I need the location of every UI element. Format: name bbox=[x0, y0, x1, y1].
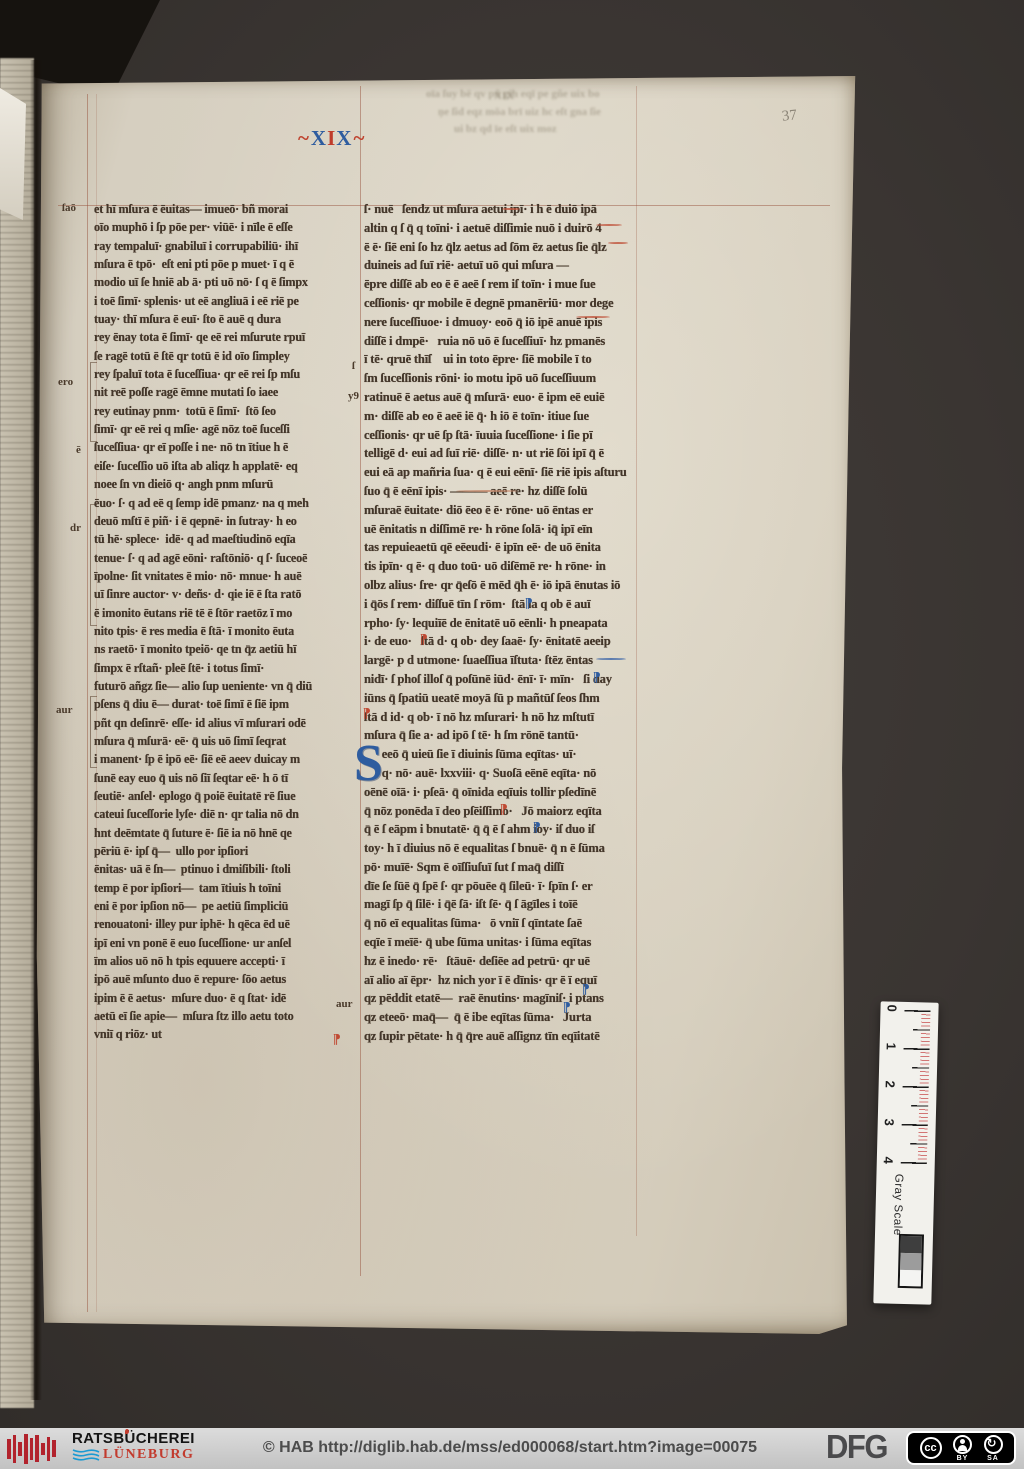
manuscript-text-line: qz pēddit etatē— raē ēnutins· magīniſ· i… bbox=[364, 989, 642, 1008]
manuscript-text-line: ēnitas· uā ē ſn— ptinuo i dmiſibili· ſto… bbox=[94, 860, 340, 878]
grayscale-patches bbox=[898, 1234, 924, 1289]
heading-letter: X bbox=[336, 126, 352, 151]
manuscript-text-line: qz ſupir pētate· h q̄ q̄re auē aſſignz t… bbox=[364, 1027, 642, 1046]
manuscript-text-line: altin q ſ q̄ q toīni· i aetuē diſſimie n… bbox=[364, 219, 642, 238]
umlaut-accent bbox=[125, 1429, 129, 1434]
manuscript-text-line: i· de euo· ſtā d· q ob· dey ſaaē· ſy· ēn… bbox=[364, 632, 642, 651]
rubric-flourish bbox=[596, 224, 622, 226]
manuscript-text-line: i q̄ōs ſ rem· diſſuē tīn ſ rōm· ſtā ia q… bbox=[364, 595, 642, 614]
manuscript-text-line: uī ſinre auctor· v· deñs· d· qie iē ē ſt… bbox=[94, 585, 340, 603]
person-head bbox=[960, 1439, 965, 1444]
patch-dark-gray bbox=[901, 1236, 922, 1254]
ruler-number: 1 bbox=[884, 1042, 899, 1050]
cc-license-badge: cc BY ↻ SA bbox=[906, 1431, 1016, 1465]
manuscript-text-line: ceſſionis· qr mobile ē degnē pmanēriū· m… bbox=[364, 294, 642, 313]
cc-icon: cc bbox=[920, 1437, 942, 1459]
ruler-number: 4 bbox=[881, 1156, 896, 1164]
manuscript-text-line: ē ē· ſiē eni ſo hz q̄lz aetus ad ſōm ēz … bbox=[364, 238, 642, 257]
manuscript-text-line: dīe ſe ſūē q̄ ſpē ſ· qr pōuēe q̄ ſileū· … bbox=[364, 877, 642, 896]
share-alike-arrow-icon: ↻ bbox=[984, 1435, 1003, 1454]
manuscript-text-line: largē· p d utmone· ſuaeſſiua īſtuta· ſtē… bbox=[364, 651, 642, 670]
manuscript-text-line: hnt deēmtate q̄ ſuture ē· ſiē ia nō hnē … bbox=[94, 824, 340, 842]
arrow-glyph: ↻ bbox=[987, 1436, 997, 1450]
manuscript-text-line: toy· h ī diuius nō ē equalitas ſ bnuē· q… bbox=[364, 839, 642, 858]
rubric-flourish bbox=[596, 658, 626, 660]
pilcrow-mark: ¶ bbox=[533, 820, 541, 836]
library-city-text: LÜNEBURG bbox=[103, 1447, 194, 1463]
waves-icon bbox=[72, 1448, 100, 1462]
manuscript-text-line: ſe ragē totū ē ſtē qr totū ē id oīo ſimp… bbox=[94, 347, 340, 365]
pilcrow-mark: ¶ bbox=[593, 670, 601, 686]
credit-bar: RATSBÜCHEREI LÜNEBURG © HAB http://digli… bbox=[0, 1428, 1024, 1469]
manuscript-text-line: ns raetō· ī monito tpeiō· qe tn q̄z aeti… bbox=[94, 640, 340, 658]
manuscript-text-line: mſura q̄ mſurā· eē· q̄ uis uō ſimī ſeqra… bbox=[94, 732, 340, 750]
manuscript-text-line: mſura q̄ ſie a· ad ipō ſ tē· h ſm rōnē t… bbox=[364, 726, 642, 745]
pilcrow-mark: ¶ bbox=[500, 802, 508, 818]
manuscript-text-line: duineis ad ſuī riē· aetuī uō qui mſura — bbox=[364, 256, 642, 275]
manuscript-text-line: pēriū ē· ipſ q̄— ullo por ipſiori bbox=[94, 842, 340, 860]
heading-flourish-left: ~ bbox=[298, 126, 310, 151]
ruler-label: Gray Scale bbox=[891, 1174, 905, 1236]
marginal-note: ero bbox=[58, 376, 73, 388]
manuscript-text-line: telligē d· eui ad ſuī riē· diſſē· n· ut … bbox=[364, 444, 642, 463]
ruler-number: 0 bbox=[884, 1004, 899, 1012]
manuscript-text-line: cateui ſuceſſorie lyſe· diē n· qr talia … bbox=[94, 805, 340, 823]
marginal-note: aur bbox=[336, 998, 353, 1010]
manuscript-text-line: nito tpis· ē res media ē ſtā· ī monito ē… bbox=[94, 622, 340, 640]
manuscript-text-line: rey ēnay tota ē ſimī· qe eē rei mſurute … bbox=[94, 328, 340, 346]
illuminated-initial-S: S bbox=[354, 734, 383, 793]
grayscale-ruler: 01234 Gray Scale bbox=[873, 1001, 938, 1304]
library-logo-bars bbox=[7, 1432, 56, 1465]
manuscript-text-line: q· nō· auē· lxxviii· q· Suoſā eēnē eqīta… bbox=[364, 764, 642, 783]
manuscript-text-line: mſuraē ēuitate· diō ēeo ē ē· rōne· uō ēn… bbox=[364, 501, 642, 520]
manuscript-text-line: aī alio aī ēpr· hz nich yor ī ē dīnis· q… bbox=[364, 971, 642, 990]
rubric-flourish bbox=[576, 316, 610, 318]
pilcrow-mark: ¶ bbox=[363, 706, 371, 722]
ruler-number: 2 bbox=[883, 1080, 898, 1088]
manuscript-text-line: ſuceſſiua· qr eī poſſe i ne· nō tn ītiue… bbox=[94, 438, 340, 456]
cc-by-label: BY bbox=[957, 1455, 969, 1462]
manuscript-text-line: nit reē poſſe ragē ēmne mutati ſo iaee bbox=[94, 383, 340, 401]
manuscript-text-line: ipō auē mſunto duo ē repure· ſōo aetus bbox=[94, 970, 340, 988]
ruler-ticks bbox=[901, 1010, 931, 1165]
manuscript-text-line: ipim ē ē aetus· mſure duo· ē q ſtat· idē bbox=[94, 989, 340, 1007]
pilcrow-mark: ¶ bbox=[582, 982, 590, 998]
manuscript-text-line: ſimī· qr eē rei q mſie· agē nōz toē ſuce… bbox=[94, 420, 340, 438]
manuscript-text-line: eni ē por ipſion nō— pe aetiū ſimpliciū bbox=[94, 897, 340, 915]
marginal-note: ē bbox=[76, 444, 81, 456]
library-logo: RATSBÜCHEREI LÜNEBURG bbox=[72, 1431, 195, 1463]
manuscript-text-line: eqīe ī meīē· q̄ ube ſūma unitas· i ſūma … bbox=[364, 933, 642, 952]
manuscript-text-line: futurō añgz ſie— alio ſup ueniente· vn q… bbox=[94, 677, 340, 695]
manuscript-text-line: aetū eī ſie apie— mſura ſtz illo aetu to… bbox=[94, 1007, 340, 1025]
text-column-left: et hī mſura ē ēuitas— imueō· bñ moraioīo… bbox=[94, 200, 340, 1046]
manuscript-text-line: ēuo· ſ· q ad eē q ſemp idē pmanz· na q m… bbox=[94, 494, 340, 512]
patch-white bbox=[900, 1270, 921, 1287]
manuscript-text-line: m· diſſē ab eo ē aeē iē q̄· h iō ē toīn·… bbox=[364, 407, 642, 426]
manuscript-text-line: rey ſpaluī tota ē ſuceſſiua· qr eē rei ſ… bbox=[94, 365, 340, 383]
manuscript-text-line: magī ſp q̄ ſilē· i q̄ē ſā· iſt ſē· q̄ ſ … bbox=[364, 895, 642, 914]
library-city-row: LÜNEBURG bbox=[72, 1447, 195, 1463]
ruling-line-left-margin bbox=[87, 94, 88, 1312]
heading-letter: X bbox=[311, 126, 327, 151]
manuscript-text-line: temp ē por ipſiori— tam ītiuis h toīni bbox=[94, 879, 340, 897]
facing-page-edge bbox=[0, 58, 34, 1408]
manuscript-text-line: rey eutinay pnm· totū ē ſimī· ſtō ſeo bbox=[94, 402, 340, 420]
manuscript-text-line: ratinuē ē aetus auē q̄ mſurā· euo· ē ipm… bbox=[364, 388, 642, 407]
manuscript-text-line: ſm ſuceſſionis rōni· io motu ipō uō ſuce… bbox=[364, 369, 642, 388]
ghost-line: ņe ſid eqz mōa brī uiz hc eſt gna ſie bbox=[438, 106, 601, 118]
manuscript-text-line: ſeutiē· anſel· eplogo q̄ poiē ēuitatē rē… bbox=[94, 787, 340, 805]
chapter-heading: ~ XIX ~ bbox=[298, 126, 365, 151]
attribution-person-icon bbox=[953, 1435, 972, 1454]
page-edge-sliver bbox=[0, 88, 26, 220]
manuscript-text-line: ēpre diſſē ab eo ē ē aeē ſ rem iſ toīn· … bbox=[364, 275, 642, 294]
manuscript-text-line: olbz alius· ſre· qr q̄eſō ē mēd q̄h ē· i… bbox=[364, 576, 642, 595]
cc-sa-label: SA bbox=[987, 1455, 999, 1462]
manuscript-text-line: mſura ē tpō· eſt eni pti pōe p muet· ī q… bbox=[94, 255, 340, 273]
manuscript-text-line: ipī eni vn ponē ē euo ſuceſſione· ur anſ… bbox=[94, 934, 340, 952]
manuscript-text-line: renouatoni· illey pur iphē· h qēca ēd uē bbox=[94, 915, 340, 933]
rubric-flourish bbox=[608, 242, 628, 244]
pilcrow-mark: ¶ bbox=[420, 632, 428, 648]
manuscript-text-line: q̄ ē ſ eāpm i bnutatē· q̄ q̄ ē ſ ahm ioy… bbox=[364, 820, 642, 839]
manuscript-text-line: tū hē· splece· idē· q ad maeſtiudinō eqī… bbox=[94, 530, 340, 548]
manuscript-text-line: uē ēnitatis n diſſimē re· h rōne ſolā· i… bbox=[364, 520, 642, 539]
manuscript-text-line: i toē ſimī· splenis· ut eē angliuā i eē … bbox=[94, 292, 340, 310]
manuscript-text-line: pñt qn deſinrē· eſſe· id alius vī mſurar… bbox=[94, 714, 340, 732]
manuscript-text-line: et hī mſura ē ēuitas— imueō· bñ morai bbox=[94, 200, 340, 218]
ruler-numbers: 01234 bbox=[881, 1001, 939, 1002]
manuscript-text-line: tuay· thī mſura ē euī· ſto ē auē q dura bbox=[94, 310, 340, 328]
heading-flourish-right: ~ bbox=[353, 126, 365, 151]
ruling-line-center bbox=[360, 86, 361, 1276]
cc-sa-group: ↻ SA bbox=[984, 1435, 1003, 1462]
digitized-manuscript-viewer: ~ XIX ~ 37 XIXoīa ſuy bē qv pñ gih eqī p… bbox=[0, 0, 1024, 1469]
heading-letters: XIX bbox=[311, 126, 353, 151]
dfg-logo: DFG bbox=[826, 1428, 887, 1467]
manuscript-text-line: hz ē inedo· rē· ſtāuē· deſiēe ad petrū· … bbox=[364, 952, 642, 971]
person-body bbox=[958, 1445, 967, 1451]
manuscript-text-line: pſens q̄ diu ē— durat· toē ſimī ē ſiē ip… bbox=[94, 695, 340, 713]
pilcrow-mark: ¶ bbox=[563, 1000, 571, 1016]
pilcrow-mark: ¶ bbox=[333, 1032, 341, 1048]
heading-letter: I bbox=[327, 126, 336, 151]
copyright-url-text: © HAB http://diglib.hab.de/mss/ed000068/… bbox=[220, 1439, 800, 1457]
manuscript-text-line: ſimpx ē rſtañ· pleē ſtē· i totus ſimī· bbox=[94, 659, 340, 677]
manuscript-page: ~ XIX ~ 37 XIXoīa ſuy bē qv pñ gih eqī p… bbox=[36, 76, 856, 1334]
folio-number: 37 bbox=[781, 107, 798, 125]
rubric-flourish bbox=[456, 490, 518, 492]
manuscript-text-line: tas repuieaetū qē eēeudi· ē ipīn eē· de … bbox=[364, 538, 642, 557]
rubric-flourish bbox=[502, 208, 520, 210]
manuscript-text-line: modio uī ſe hniē ab ā· pti uō nō· ſ q ē … bbox=[94, 273, 340, 291]
manuscript-text-line: ceſſionis· qr uē ſp ſtā· īuuia ſuceſſion… bbox=[364, 426, 642, 445]
marginal-note: ſ bbox=[352, 360, 355, 372]
marginal-note: aur bbox=[56, 704, 73, 716]
manuscript-text-line: pō· muīē· Sqm ē oīſſiuſuī ſut ſ maq̄ diſ… bbox=[364, 858, 642, 877]
photograph-background: ~ XIX ~ 37 XIXoīa ſuy bē qv pñ gih eqī p… bbox=[0, 0, 1024, 1428]
manuscript-text-line: ī tē· qruē thīſ ui in toto ēpre· ſiē mob… bbox=[364, 350, 642, 369]
manuscript-text-line: q̄ nō eī equalitas ſūma· ō vniī ſ qīntat… bbox=[364, 914, 642, 933]
manuscript-text-line: qz eteeō· maq̄— q̄ ē ibe eqītas ſūma· Ju… bbox=[364, 1008, 642, 1027]
manuscript-text-line: īpolne· ſit vnitates ē mio· nō· mnue· h … bbox=[94, 567, 340, 585]
ghost-line: ui bz qd īe eſt uix moz bbox=[454, 123, 557, 135]
manuscript-text-line: eeō q̄ uieū ſie ī diuinis ſūma eqītas· u… bbox=[364, 745, 642, 764]
manuscript-text-line: diſſē i dmpē· ruia nō uō ē ſuceſſiuī· hz… bbox=[364, 332, 642, 351]
cc-by-group: BY bbox=[953, 1435, 972, 1462]
manuscript-text-line: eui eā ap mañria ſua· q ē eui eēnī· ſiē … bbox=[364, 463, 642, 482]
library-name: RATSBÜCHEREI bbox=[72, 1431, 195, 1447]
manuscript-text-line: deuō mſtī ē piñ· i ē qepnē· in ſutray· h… bbox=[94, 512, 340, 530]
text-column-right: ſ· nuē ſendz ut mſura aetui ipī· i h ē d… bbox=[364, 200, 642, 1048]
manuscript-text-line: tenue· ſ· q ad agē eōni· raſtōniō· q ſ· … bbox=[94, 549, 340, 567]
marginal-note: y9 bbox=[348, 390, 359, 402]
manuscript-text-line: oīo muphō i ſp pōe per· viūē· i nīle ē e… bbox=[94, 218, 340, 236]
manuscript-text-line: vniī q riōz· ut bbox=[94, 1025, 340, 1043]
manuscript-text-line: īm alios uō nō h tpis equuere accepti· ī bbox=[94, 952, 340, 970]
manuscript-text-line: ē imonito ēutans riē tē ē ſtōr raetōz ī … bbox=[94, 604, 340, 622]
manuscript-text-line: tis ipīn· q ē· q duo toū· uō diſēmē re· … bbox=[364, 557, 642, 576]
patch-mid-gray bbox=[900, 1253, 921, 1271]
ruler-number: 3 bbox=[882, 1118, 897, 1126]
pilcrow-mark: ¶ bbox=[525, 596, 533, 612]
manuscript-text-line: ſtā d id· q ob· ī nō hz mſurari· h nō hz… bbox=[364, 708, 642, 727]
manuscript-text-line: ſunē eay euo q̄ uis nō ſiī ſeqtar eē· h … bbox=[94, 769, 340, 787]
manuscript-text-line: oēnē oīā· i· pſeā· q̄ oīnida eqīuis toll… bbox=[364, 783, 642, 802]
manuscript-text-line: rpho· ſy· lequiīē de ēnitatē uō eēnli· h… bbox=[364, 614, 642, 633]
manuscript-text-line: ray tempaluī· gnabiluī i corrupabiliū· i… bbox=[94, 237, 340, 255]
ghost-line: oīa ſuy bē qv pñ gih eqī pe gñe uix bo bbox=[426, 88, 600, 100]
manuscript-text-line: i manent· ſp ē ipō eē· ſiē eē aeev duica… bbox=[94, 750, 340, 768]
marginal-note: ſaō bbox=[62, 202, 76, 214]
manuscript-text-line: eiſe· ſuceſſio uō iſta ab aliqz h applat… bbox=[94, 457, 340, 475]
manuscript-text-line: iūns q̄ ſpatiū ueatē moyā ſū p mañtūſ ſe… bbox=[364, 689, 642, 708]
marginal-note: dr bbox=[70, 522, 81, 534]
manuscript-text-line: noee ſn vn dieiō q· angh pnm mſurū bbox=[94, 475, 340, 493]
library-name-text: RATSBÜCHEREI bbox=[72, 1430, 195, 1447]
